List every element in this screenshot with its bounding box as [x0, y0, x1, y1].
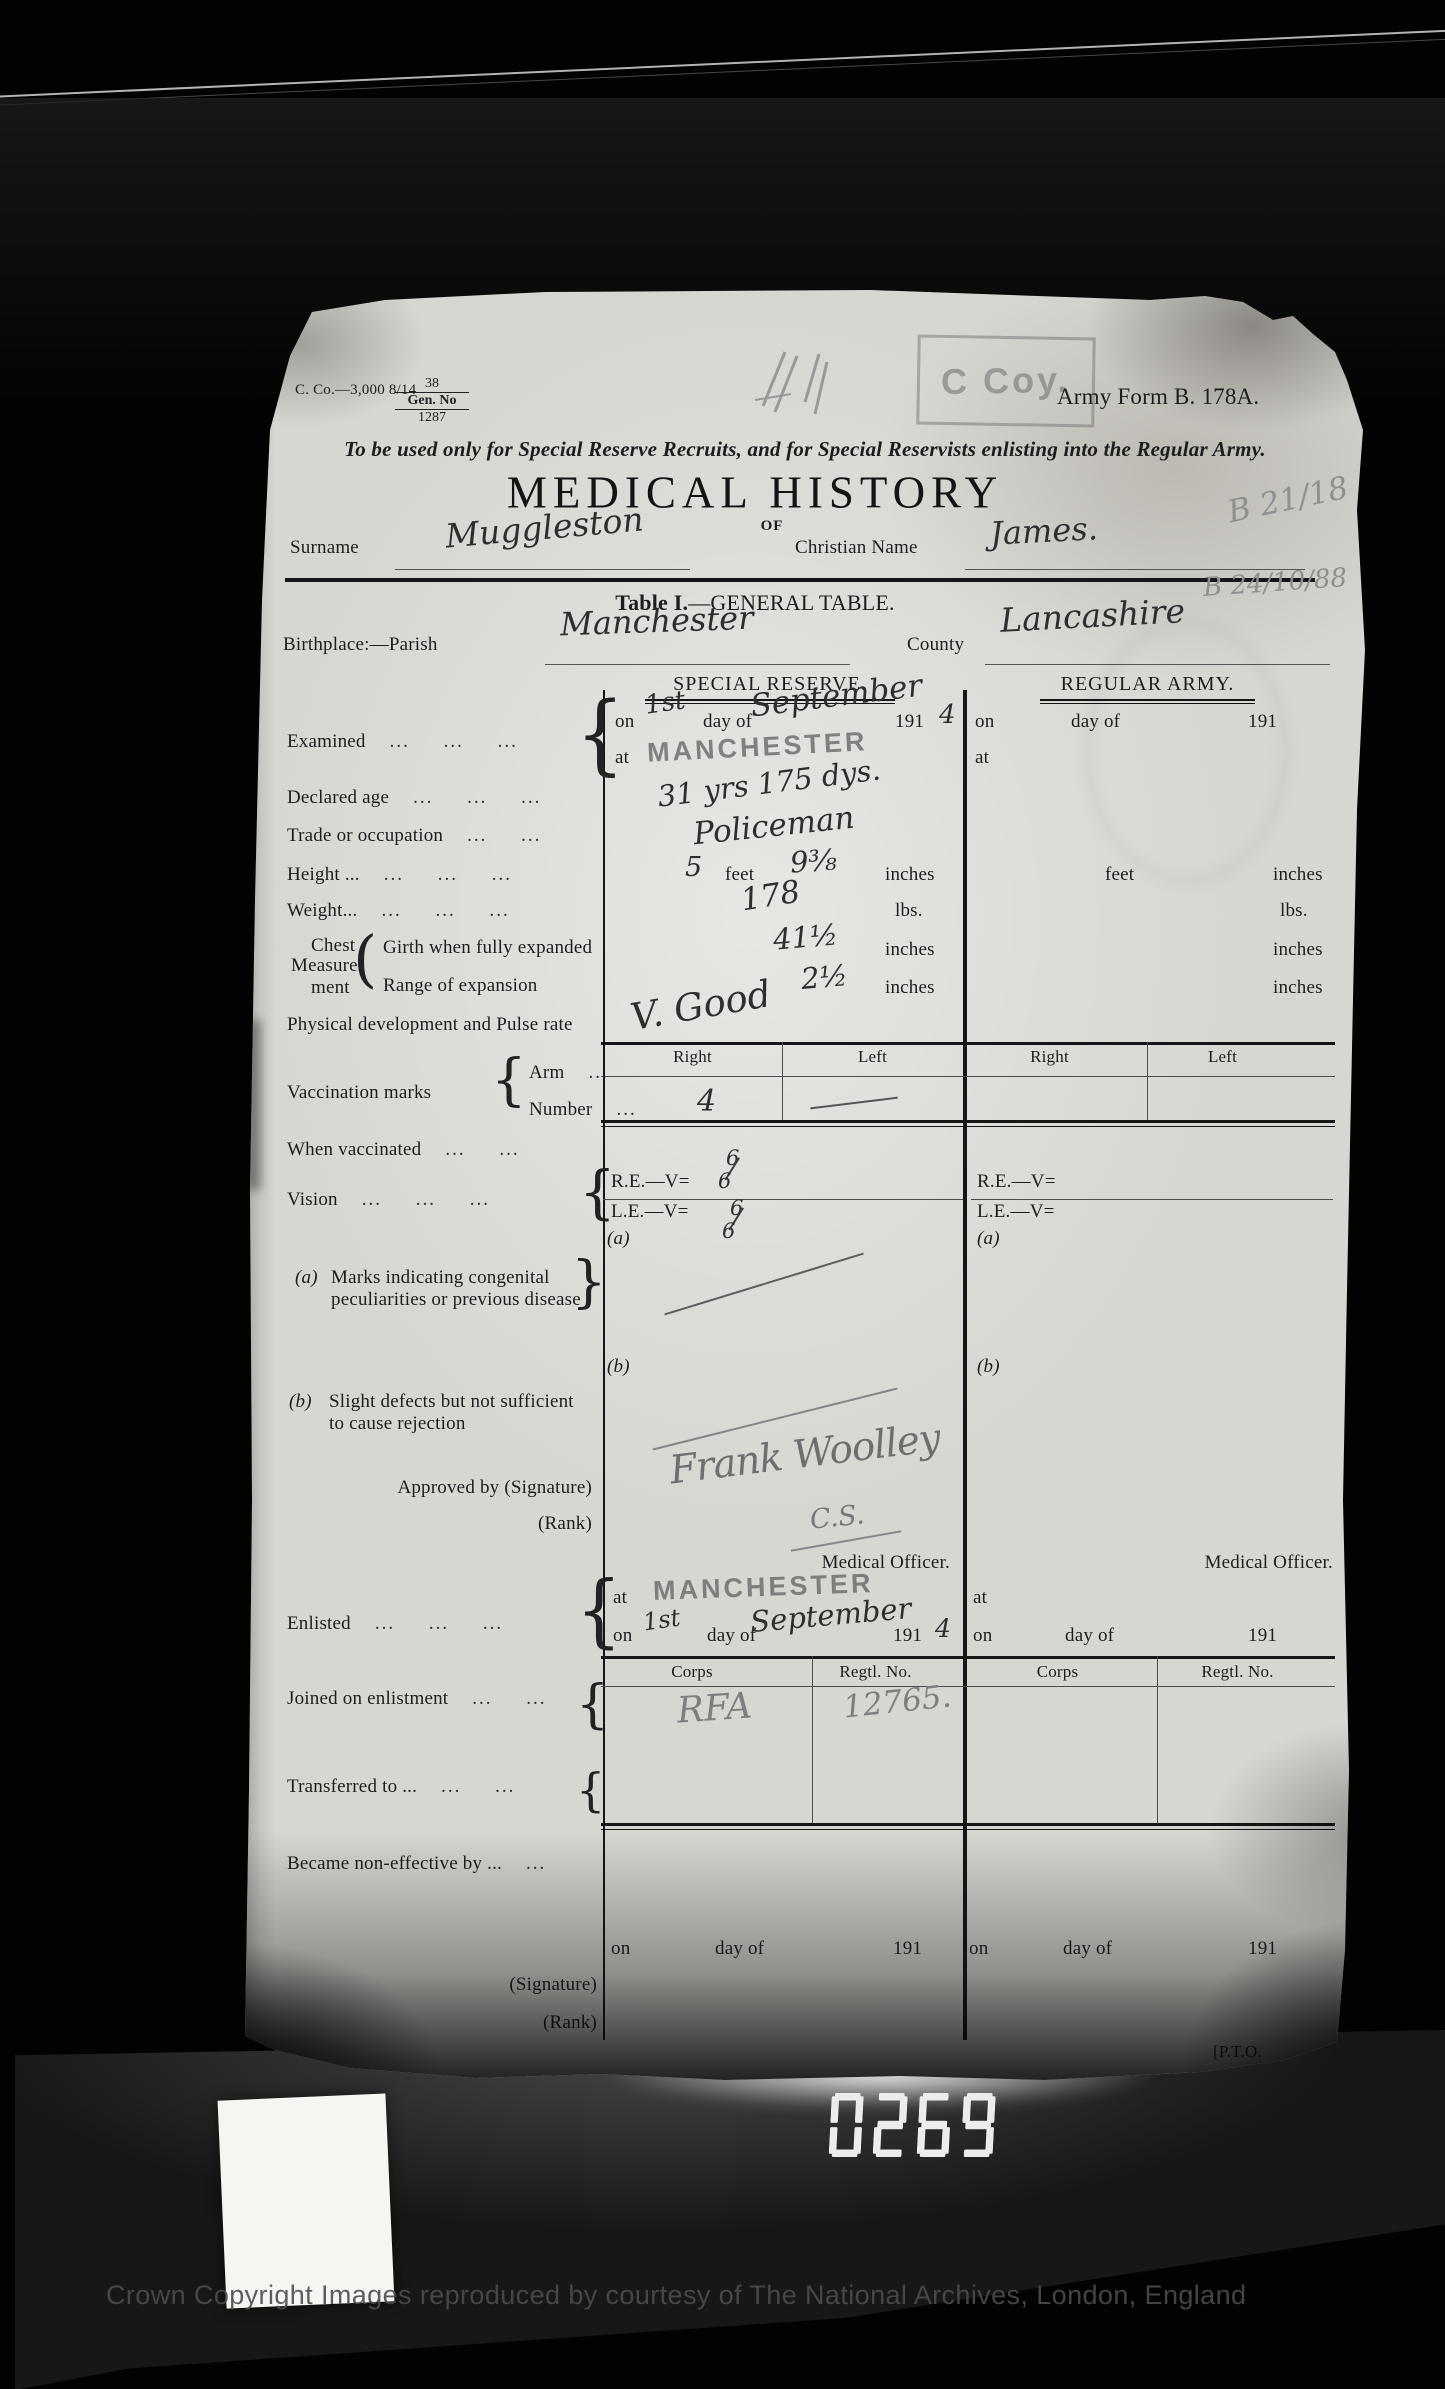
column-header-regular-army: REGULAR ARMY. — [1040, 673, 1255, 696]
row-label-non-effective: Became non-effective by ...... — [287, 1853, 546, 1875]
rule-below-vaccination — [601, 1120, 1335, 1123]
enlisted-day-of: day of — [707, 1625, 756, 1647]
defects-b-line1: Slight defects but not sufficient — [329, 1391, 574, 1413]
page-title: MEDICAL HISTORY — [245, 465, 1265, 518]
corps-header-ra: Corps — [1000, 1662, 1115, 1682]
vaccination-number-label: Number... — [529, 1099, 637, 1121]
surname-rule — [395, 569, 690, 570]
footer-signature-label: (Signature) — [365, 1974, 597, 1996]
rank-underline-stroke — [791, 1530, 902, 1551]
marks-a-dash-stroke — [664, 1253, 863, 1315]
marks-a-line2: peculiarities or previous disease — [331, 1289, 581, 1311]
height-ra-inches: inches — [1273, 864, 1323, 886]
vision-le-label-ra: L.E.—V= — [977, 1201, 1055, 1223]
enlisted-day-value: 1st — [641, 1604, 682, 1637]
rule-below-vaccination-2 — [601, 1126, 1335, 1127]
approved-signature-value: Frank Woolley — [667, 1416, 942, 1494]
defects-b-tag-sr: (b) — [607, 1356, 630, 1378]
examined-year-digit: 4 — [939, 700, 956, 730]
chest-girth-label: Girth when fully expanded — [383, 937, 592, 959]
header-rule — [285, 578, 1315, 582]
brace-marks-a: } — [571, 1258, 607, 1308]
rule-below-right-left — [601, 1076, 1335, 1077]
archive-slip-card — [218, 2093, 395, 2308]
defects-b-line2: to cause rejection — [329, 1413, 466, 1435]
marks-a-tag-sr: (a) — [607, 1228, 630, 1250]
film-edge-line-secondary — [0, 38, 1445, 106]
row-label-transferred: Transferred to ...... ... — [287, 1776, 515, 1798]
noneff-on-ra: on — [969, 1938, 988, 1960]
vaccination-arm-label: Arm... — [529, 1062, 609, 1084]
chest-ra-inches-2: inches — [1273, 977, 1323, 999]
christian-name-label: Christian Name — [795, 537, 918, 559]
chest-range-value: 2½ — [800, 958, 849, 996]
weight-ra-lbs: lbs. — [1280, 900, 1308, 922]
subcol-left-ra: Left — [1175, 1047, 1270, 1067]
vision-re-value-sr: 66 — [717, 1152, 747, 1194]
vaccination-number-right-value: 4 — [697, 1084, 716, 1119]
pto-label: [P.T.O. — [1213, 2042, 1262, 2062]
height-feet-value: 5 — [685, 852, 702, 883]
chest-girth-value: 41½ — [772, 917, 840, 957]
restriction-note: To be used only for Special Reserve Recr… — [265, 437, 1345, 462]
birthplace-rule — [545, 664, 850, 665]
frame-counter-digits — [828, 2093, 1022, 2165]
subdivider-right-left-sr — [782, 1042, 783, 1120]
approved-by-label: Approved by (Signature) — [360, 1477, 592, 1499]
row-label-examined: Examined... ... ... — [287, 731, 518, 753]
noneff-year-sr: 191 — [893, 1938, 922, 1960]
rule-above-right-left — [601, 1042, 1335, 1045]
height-inches-label: inches — [885, 864, 935, 886]
row-label-enlisted: Enlisted... ... ... — [287, 1613, 503, 1635]
of-label: OF — [245, 518, 1299, 535]
vision-re-label-ra: R.E.—V= — [977, 1171, 1056, 1193]
pencil-scribble — [745, 342, 865, 422]
enlisted-ra-year: 191 — [1248, 1625, 1277, 1647]
enlisted-on-label: on — [613, 1625, 632, 1647]
film-edge-line — [0, 29, 1445, 98]
rule-above-non-effective-2 — [601, 1829, 1335, 1830]
weight-value: 178 — [739, 874, 803, 919]
vision-le-label-sr: L.E.—V= — [611, 1201, 689, 1223]
county-rule — [985, 664, 1330, 665]
brace-transferred: { — [576, 1770, 605, 1811]
rule-below-corps — [601, 1686, 1335, 1687]
birthplace-value: Manchester — [559, 599, 754, 644]
microfilm-scene: C. Co.—3,000 8/14 38 Gen. No 1287 C Coy.… — [0, 0, 1445, 2389]
vision-rule-sr — [603, 1199, 963, 1200]
enlisted-ra-on: on — [973, 1625, 992, 1647]
enlisted-year-print: 191 — [893, 1625, 922, 1647]
chest-label-3: ment — [311, 977, 350, 999]
row-label-trade: Trade or occupation... ... — [287, 825, 541, 847]
row-label-weight: Weight...... ... ... — [287, 900, 510, 922]
general-number-block: 38 Gen. No 1287 — [395, 376, 469, 426]
examined-day-value: 1st — [643, 685, 687, 720]
chest-range-inches: inches — [885, 977, 935, 999]
row-label-joined: Joined on enlistment... ... — [287, 1688, 547, 1710]
physical-value: V. Good — [627, 972, 774, 1039]
row-label-declared-age: Declared age... ... ... — [287, 787, 541, 809]
subdivider-corps-ra — [1157, 1656, 1158, 1823]
subcol-right-ra: Right — [1002, 1047, 1097, 1067]
joined-corps-value: RFA — [676, 1685, 754, 1731]
chest-ra-inches-1: inches — [1273, 939, 1323, 961]
examined-at-label: at — [615, 747, 629, 769]
examined-ra-day-of: day of — [1071, 711, 1120, 733]
corps-header-sr: Corps — [637, 1662, 747, 1682]
vaccination-number-left-dash — [810, 1097, 898, 1110]
approved-rank-value: C.S. — [809, 1499, 866, 1536]
marks-a-tag-ra: (a) — [977, 1228, 1000, 1250]
christian-name-value: James. — [989, 509, 1099, 553]
form-number: Army Form B. 178A. — [1057, 384, 1259, 410]
subdivider-right-left-ra — [1147, 1042, 1148, 1120]
brace-chest: ( — [353, 931, 377, 987]
brace-joined: { — [576, 1682, 609, 1729]
footer-rank-label: (Rank) — [365, 2012, 597, 2034]
subcol-right-sr: Right — [645, 1047, 740, 1067]
row-label-vaccination: Vaccination marks — [287, 1082, 431, 1104]
company-stamp: C Coy. — [941, 359, 1071, 403]
examined-ra-on: on — [975, 711, 994, 733]
gen-no-top: 38 — [395, 376, 469, 393]
defects-b-label-tag: (b) — [289, 1391, 312, 1413]
county-label: County — [907, 634, 964, 656]
vision-re-label-sr: R.E.—V= — [611, 1171, 690, 1193]
rule-above-non-effective — [601, 1823, 1335, 1826]
subcol-left-sr: Left — [825, 1047, 920, 1067]
weight-lbs-label: lbs. — [895, 900, 923, 922]
marks-a-label-tag: (a) — [295, 1267, 318, 1289]
table-divider-left — [603, 690, 605, 2040]
examined-year-print: 191 — [895, 711, 924, 733]
examined-ra-at: at — [975, 747, 989, 769]
regular-army-underline — [1040, 699, 1255, 704]
birthplace-label: Birthplace:—Parish — [283, 634, 438, 656]
surname-label: Surname — [290, 537, 359, 559]
row-label-vision: Vision... ... ... — [287, 1189, 490, 1211]
noneff-day-of-sr: day of — [715, 1938, 764, 1960]
chest-range-label: Range of expansion — [383, 975, 538, 997]
row-label-height: Height ...... ... ... — [287, 864, 512, 886]
height-ra-feet: feet — [1105, 864, 1134, 886]
rule-above-corps — [601, 1656, 1335, 1659]
enlisted-ra-day-of: day of — [1065, 1625, 1114, 1647]
company-stamp-box: C Coy. — [916, 334, 1096, 427]
brace-vaccination: { — [491, 1056, 527, 1106]
row-label-when-vaccinated: When vaccinated... ... — [287, 1139, 520, 1161]
copyright-watermark: Crown Copyright Images reproduced by cou… — [106, 2280, 1445, 2311]
regtl-header-ra: Regtl. No. — [1175, 1662, 1300, 1682]
enlisted-ra-at: at — [973, 1587, 987, 1609]
enlisted-year-digit: 4 — [935, 1614, 951, 1643]
gen-no-number: 1287 — [395, 410, 469, 426]
marks-a-line1: Marks indicating congenital — [331, 1267, 550, 1289]
vision-rule-ra — [971, 1199, 1333, 1200]
row-label-physical: Physical development and Pulse rate — [287, 1014, 573, 1036]
noneff-year-ra: 191 — [1248, 1938, 1277, 1960]
defects-b-tag-ra: (b) — [977, 1356, 1000, 1378]
examined-ra-year: 191 — [1248, 711, 1277, 733]
table-divider-center — [963, 690, 967, 2040]
regtl-header-sr: Regtl. No. — [813, 1662, 938, 1682]
medical-officer-ra: Medical Officer. — [1133, 1552, 1333, 1574]
chest-label-1: Chest — [311, 935, 355, 957]
noneff-day-of-ra: day of — [1063, 1938, 1112, 1960]
noneff-on-sr: on — [611, 1938, 630, 1960]
paper-stain — [1085, 620, 1289, 884]
chest-girth-inches: inches — [885, 939, 935, 961]
approved-rank-label: (Rank) — [360, 1513, 592, 1535]
gen-no-label: Gen. No — [395, 393, 469, 410]
paper-edge-smudge — [245, 1020, 261, 1190]
vision-le-value-sr: 66 — [721, 1202, 751, 1244]
examined-day-of: day of — [703, 711, 752, 733]
examined-on-label: on — [615, 711, 634, 733]
scanned-form-page: C. Co.—3,000 8/14 38 Gen. No 1287 C Coy.… — [245, 290, 1365, 2080]
